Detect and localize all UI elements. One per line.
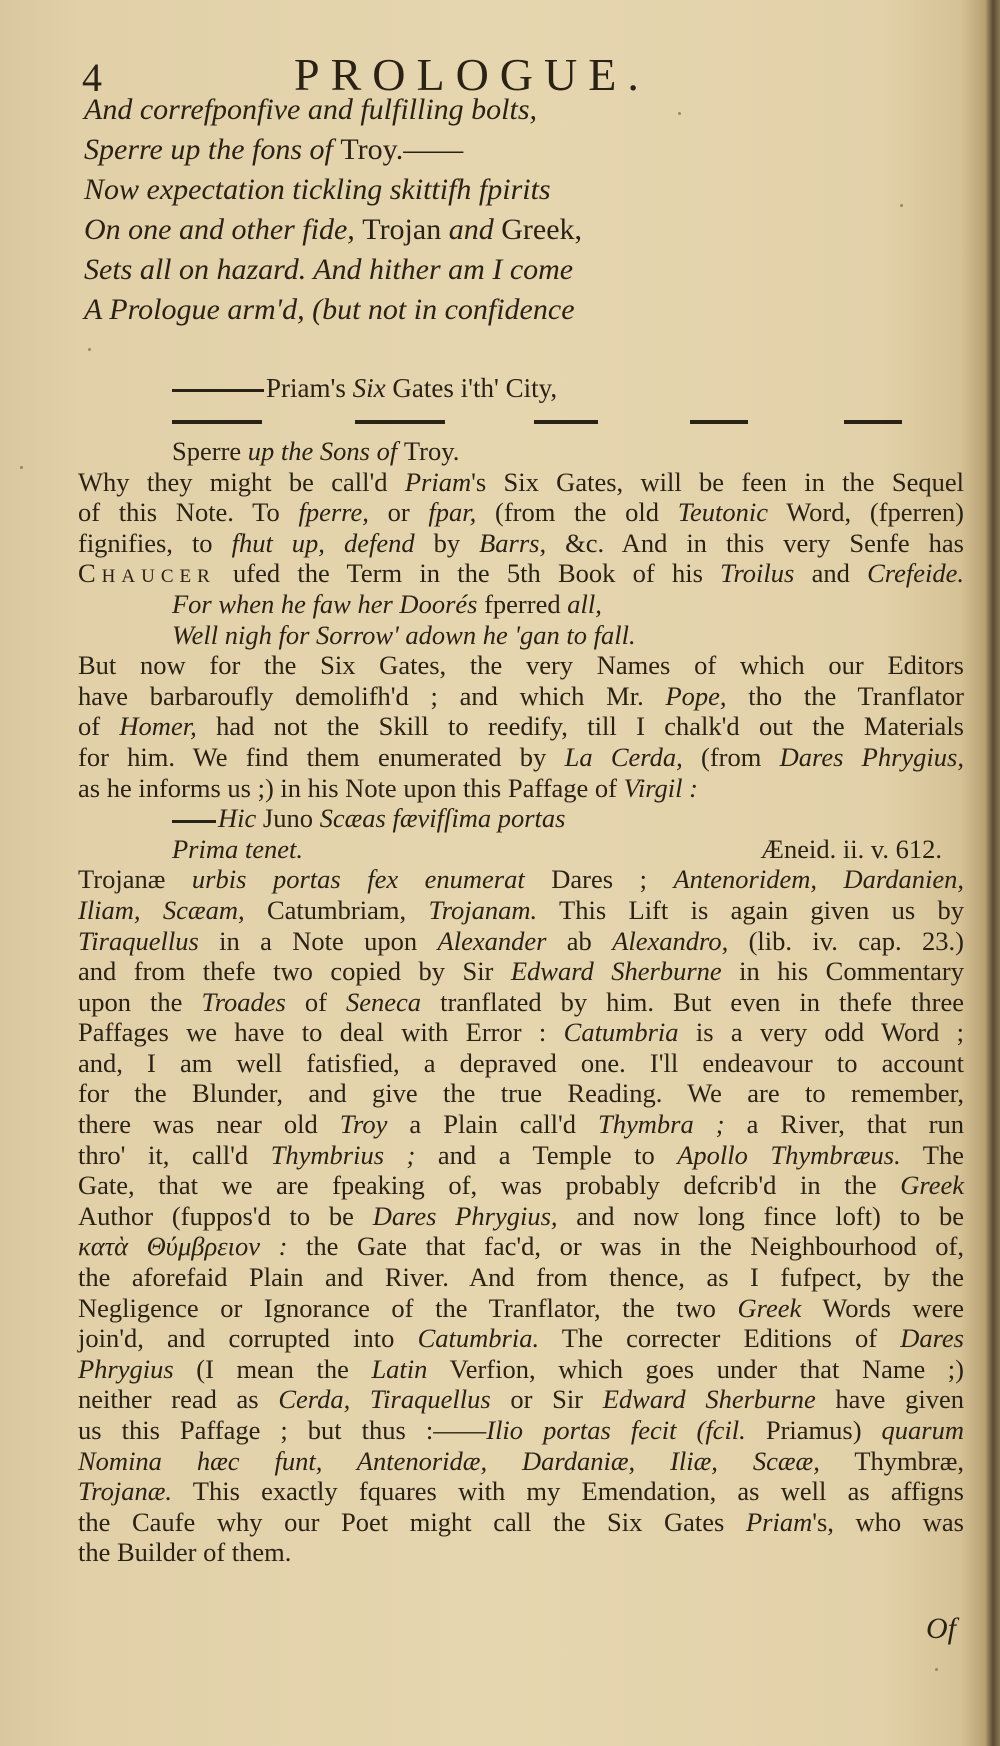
separator-rules	[172, 420, 912, 426]
note-line: have barbaroufly demolifh'd ; and which …	[78, 681, 964, 712]
note-line: the Builder of them.	[78, 1537, 964, 1568]
note-line: for the Blunder, and give the true Readi…	[78, 1078, 964, 1109]
note-line: Paffages we have to deal with Error : Ca…	[78, 1017, 964, 1048]
note-line: the Caufe why our Poet might call the Si…	[78, 1507, 964, 1538]
note-line: Phrygius (I mean the Latin Verfion, whic…	[78, 1354, 964, 1385]
quoted-verse: Well nigh for Sorrow' adown he 'gan to f…	[78, 620, 964, 651]
verse-line: On one and other fide, Trojan and Greek,	[84, 210, 582, 250]
note-line: join'd, and corrupted into Catumbria. Th…	[78, 1323, 964, 1354]
note-lemma: Priam's Six Gates i'th' City,	[172, 373, 557, 404]
note-line: of this Note. To fperre, or fpar, (from …	[78, 497, 964, 528]
note-line: of Homer, had not the Skill to reedify, …	[78, 711, 964, 742]
note-line: Iliam, Scæam, Catumbriam, Trojanam. This…	[78, 895, 964, 926]
note-line: Tiraquellus in a Note upon Alexander ab …	[78, 926, 964, 957]
note-line: fignifies, to fhut up, defend by Barrs, …	[78, 528, 964, 559]
verse-line: Sets all on hazard. And hither am I come	[84, 250, 582, 290]
ink-speck	[935, 1668, 938, 1671]
verse-line: And correfponfive and fulfilling bolts,	[84, 90, 582, 130]
verse-line: A Prologue arm'd, (but not in confidence	[84, 290, 582, 330]
ink-speck	[20, 466, 23, 469]
note-line: there was near old Troy a Plain call'd T…	[78, 1109, 964, 1140]
note-line: κατὰ Θύμβρειον : the Gate that fac'd, or…	[78, 1231, 964, 1262]
ink-speck	[678, 112, 681, 115]
note-line: Gate, that we are fpeaking of, was proba…	[78, 1170, 964, 1201]
note-line: thro' it, call'd Thymbrius ; and a Templ…	[78, 1140, 964, 1171]
quoted-verse: For when he faw her Doorés fperred all,	[78, 589, 964, 620]
note-line: for him. We find them enumerated by La C…	[78, 742, 964, 773]
verse-block: And correfponfive and fulfilling bolts, …	[84, 90, 582, 330]
note-line: the aforefaid Plain and River. And from …	[78, 1262, 964, 1293]
note-line: Negligence or Ignorance of the Tranflato…	[78, 1293, 964, 1324]
quote-citation: Prima tenet.Æneid. ii. v. 612.	[78, 834, 964, 865]
catchword: Of	[926, 1612, 956, 1646]
note-line: Author (fuppos'd to be Dares Phrygius, a…	[78, 1201, 964, 1232]
note-line: Chaucer ufed the Term in the 5th Book of…	[78, 558, 964, 589]
note-line: as he informs us ;) in his Note upon thi…	[78, 773, 964, 804]
aeneid-reference: Æneid. ii. v. 612.	[760, 834, 942, 865]
quoted-verse: Hic Juno Scæas fævifſima portas	[78, 803, 964, 834]
note-line: neither read as Cerda, Tiraquellus or Si…	[78, 1384, 964, 1415]
greek-phrase: κατὰ Θύμβρειον :	[78, 1231, 287, 1261]
verse-line: Sperre up the fons of Troy.——	[84, 130, 582, 170]
note-line: and from thefe two copied by Sir Edward …	[78, 956, 964, 987]
ink-speck	[900, 204, 903, 207]
note-line: us this Paffage ; but thus :——Ilio porta…	[78, 1415, 964, 1446]
note-line: and, I am well fatisfied, a depraved one…	[78, 1048, 964, 1079]
ink-speck	[88, 348, 91, 351]
note-line: upon the Troades of Seneca tranflated by…	[78, 987, 964, 1018]
note-line: Sperre up the Sons of Troy.	[78, 436, 964, 467]
note-line: Trojanæ urbis portas fex enumerat Dares …	[78, 864, 964, 895]
note-line: But now for the Six Gates, the very Name…	[78, 650, 964, 681]
note-line: Why they might be call'd Priam's Six Gat…	[78, 467, 964, 498]
dash-rule	[172, 389, 264, 392]
verse-line: Now expectation tickling skittifh fpirit…	[84, 170, 582, 210]
note-line: Nomina hæc funt, Antenoridæ, Dardaniæ, I…	[78, 1446, 964, 1477]
annotation-note: Sperre up the Sons of Troy. Why they mig…	[78, 436, 964, 1568]
book-page: 4 PROLOGUE. And correfponfive and fulfil…	[0, 0, 1000, 1746]
note-line: Trojanæ. This exactly fquares with my Em…	[78, 1476, 964, 1507]
